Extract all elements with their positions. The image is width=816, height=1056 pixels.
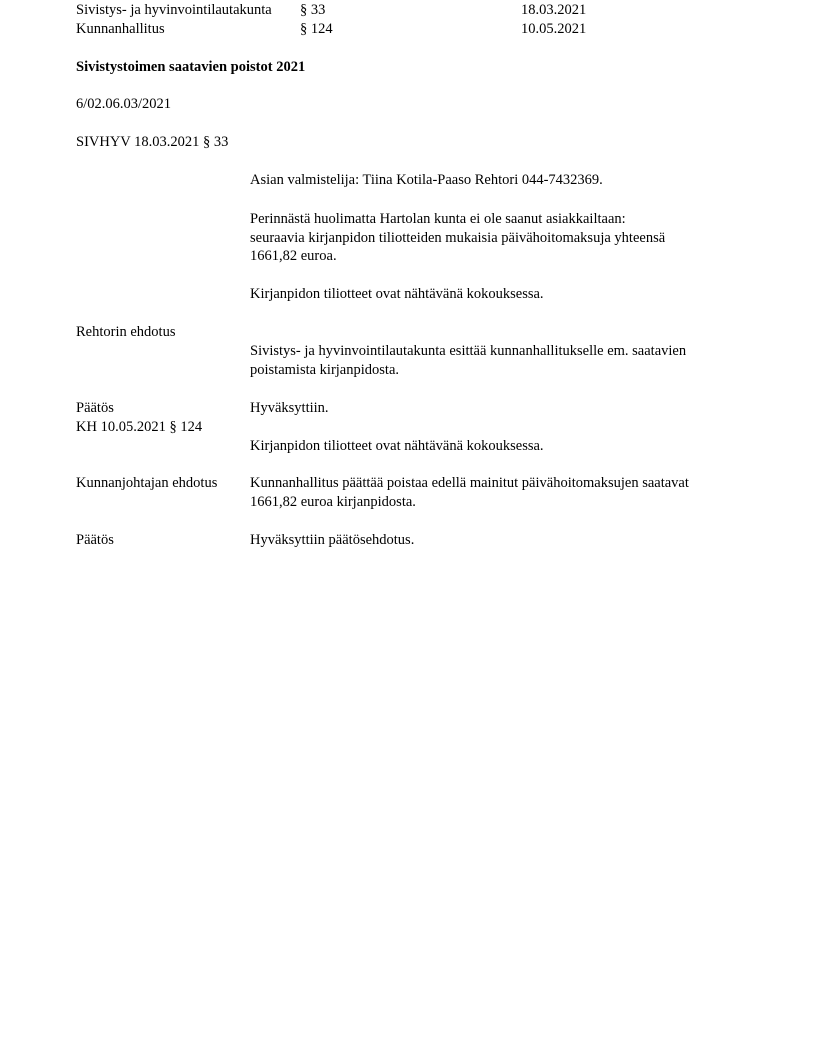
decision-label-2: Päätös: [76, 531, 114, 550]
decision-text-1: Hyväksyttiin.: [250, 399, 750, 418]
statements-note-2: Kirjanpidon tiliotteet ovat nähtävänä ko…: [250, 437, 750, 456]
intro-line: seuraavia kirjanpidon tiliotteiden mukai…: [250, 229, 750, 248]
header-date-2: 10.05.2021: [521, 20, 586, 39]
kh-reference: KH 10.05.2021 § 124: [76, 418, 202, 437]
intro-paragraph: Perinnästä huolimatta Hartolan kunta ei …: [250, 210, 750, 266]
proposal-line: Sivistys- ja hyvinvointilautakunta esitt…: [250, 342, 750, 361]
intro-line: 1661,82 euroa.: [250, 247, 750, 266]
header-section-1: § 33: [300, 1, 325, 20]
meeting-reference: SIVHYV 18.03.2021 § 33: [76, 133, 228, 152]
proposal-line: poistamista kirjanpidosta.: [250, 361, 750, 380]
manager-proposal-text: Kunnanhallitus päättää poistaa edellä ma…: [250, 474, 750, 511]
decision-text-2: Hyväksyttiin päätösehdotus.: [250, 531, 750, 550]
header-date-1: 18.03.2021: [521, 1, 586, 20]
diary-reference: 6/02.06.03/2021: [76, 95, 171, 114]
decision-label-1: Päätös: [76, 399, 114, 418]
preparer-line: Asian valmistelija: Tiina Kotila-Paaso R…: [250, 171, 750, 190]
statements-note: Kirjanpidon tiliotteet ovat nähtävänä ko…: [250, 285, 750, 304]
proposal-line: Kunnanhallitus päättää poistaa edellä ma…: [250, 474, 750, 493]
proposal-line: 1661,82 euroa kirjanpidosta.: [250, 493, 750, 512]
manager-proposal-label: Kunnanjohtajan ehdotus: [76, 474, 217, 493]
principal-proposal-label: Rehtorin ehdotus: [76, 323, 175, 342]
header-body-2: Kunnanhallitus: [76, 20, 165, 39]
intro-line: Perinnästä huolimatta Hartolan kunta ei …: [250, 210, 750, 229]
header-section-2: § 124: [300, 20, 333, 39]
header-body-1: Sivistys- ja hyvinvointilautakunta: [76, 1, 272, 20]
principal-proposal-text: Sivistys- ja hyvinvointilautakunta esitt…: [250, 342, 750, 379]
document-title: Sivistystoimen saatavien poistot 2021: [76, 58, 305, 77]
